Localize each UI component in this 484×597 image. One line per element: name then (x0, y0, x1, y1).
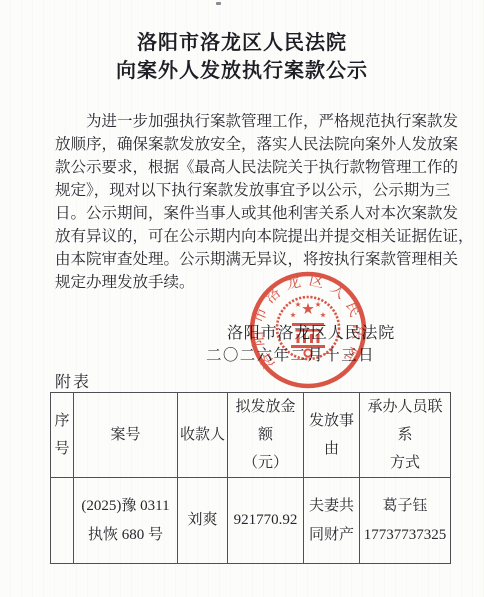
cell-case-no: (2025)豫 0311 执恢 680 号 (74, 478, 178, 564)
court-announcement-page: 洛阳市洛龙区人民法院 向案外人发放执行案款公示 为进一步加强执行案款管理工作，严… (0, 0, 484, 597)
body-line: 放有异议的，可在公示期内向本院提出并提交相关证据佐证， (55, 225, 465, 248)
payout-table-header-row: 序 号 案号 收款人 拟发放金额 （元） 发放事 由 承办人员联系 方式 (51, 393, 451, 478)
header-amount: 拟发放金额 （元） (228, 393, 304, 478)
body-line: 规定办理发放手续。 (55, 271, 465, 294)
attachment-table-label: 附表 (55, 369, 91, 392)
cell-reason: 夫妻共 同财产 (304, 478, 360, 564)
doc-title-line2: 向案外人发放执行案款公示 (0, 54, 484, 83)
header-case-no: 案号 (74, 393, 178, 478)
header-payee: 收款人 (178, 393, 228, 478)
payout-table: 序 号 案号 收款人 拟发放金额 （元） 发放事 由 承办人员联系 方式 (20… (50, 392, 451, 564)
signature-date: 二〇二六年二月十三日 (206, 343, 375, 365)
cell-contact: 葛子钰 17737737325 (360, 478, 451, 564)
body-line: 日。公示期间，案件当事人或其他利害关系人对本次案款发 (55, 202, 465, 225)
body-line: 由本院审查处理。公示期满无异议，将按执行案款管理相关 (55, 248, 465, 271)
header-reason: 发放事 由 (304, 393, 360, 478)
body-line: 为进一步加强执行案款管理工作，严格规范执行案款发 (55, 110, 465, 133)
body-line: 款公示要求，根据《最高人民法院关于执行款物管理工作的 (55, 156, 465, 179)
header-contact: 承办人员联系 方式 (360, 393, 451, 478)
payout-table-data-row: (2025)豫 0311 执恢 680 号 刘爽 921770.92 夫妻共 同… (51, 478, 451, 564)
scan-speck (216, 2, 221, 5)
cell-payee: 刘爽 (178, 478, 228, 564)
doc-title-line1: 洛阳市洛龙区人民法院 (0, 26, 484, 55)
header-seq: 序 号 (51, 393, 74, 478)
body-line: 规定》，现对以下执行案款发放事宜予以公示，公示期为三 (55, 179, 465, 202)
cell-seq (51, 478, 74, 564)
cell-amount: 921770.92 (228, 478, 304, 564)
doc-body: 为进一步加强执行案款管理工作，严格规范执行案款发 放顺序，确保案款发放安全，落实… (55, 110, 465, 294)
body-line: 放顺序，确保案款发放安全，落实人民法院向案外人发放案 (55, 133, 465, 156)
signature-court-name: 洛阳市洛龙区人民法院 (227, 320, 395, 343)
